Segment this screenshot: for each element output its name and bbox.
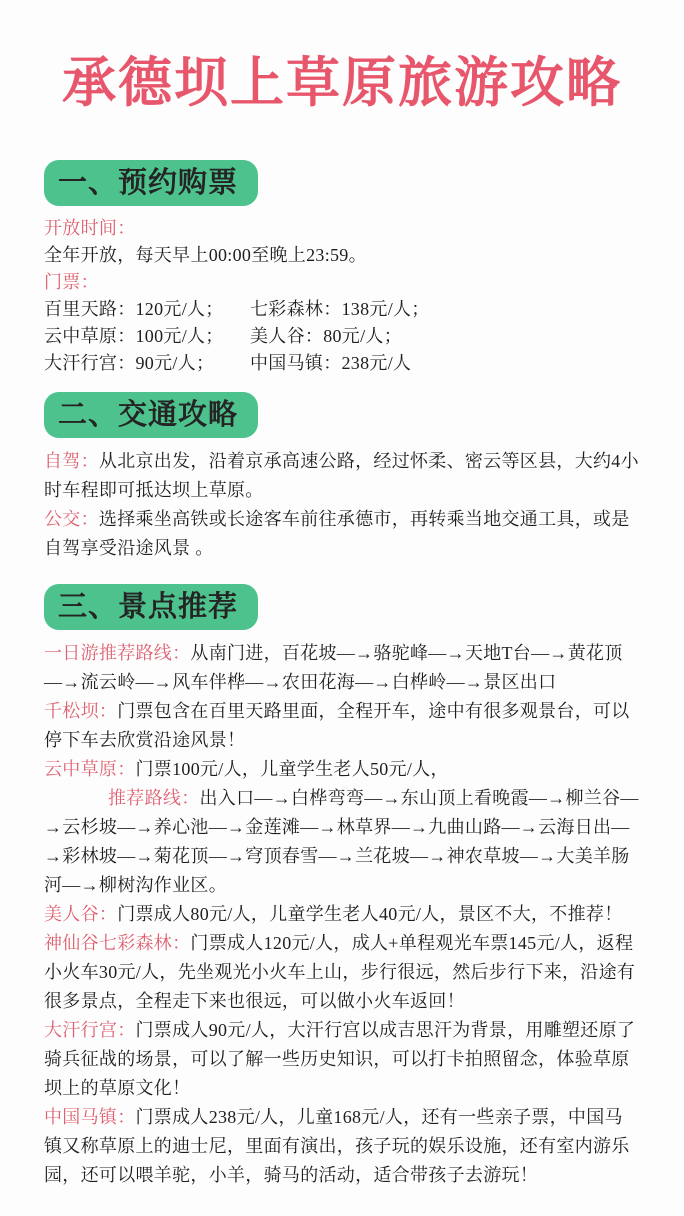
- price-row: 云中草原：100元/人； 美人谷：80元/人；: [44, 323, 640, 350]
- price-item: 七彩森林：138元/人；: [250, 296, 640, 323]
- section-heading-attractions: 三、景点推荐: [44, 584, 258, 630]
- price-item: 中国马镇：238元/人: [250, 350, 640, 377]
- section-booking-body: 开放时间： 全年开放，每天早上00:00至晚上23:59。 门票： 百里天路：1…: [44, 215, 640, 377]
- section-heading-transport: 二、交通攻略: [44, 392, 258, 438]
- paragraph-text: 选择乘坐高铁或长途客车前往承德市，再转乘当地交通工具，或是自驾享受沿途风景 。: [44, 509, 630, 558]
- price-item: 百里天路：120元/人；: [44, 296, 250, 323]
- section-transport-body: 自驾：从北京出发，沿着京承高速公路，经过怀柔、密云等区县，大约4小时车程即可抵达…: [44, 447, 640, 563]
- paragraph-label: 中国马镇：: [44, 1107, 136, 1127]
- price-item: 大汗行宫：90元/人；: [44, 350, 250, 377]
- price-item: 美人谷：80元/人；: [250, 323, 640, 350]
- paragraph-label: 推荐路线：: [108, 788, 200, 808]
- paragraph-china-horse-town: 中国马镇：门票成人238元/人，儿童168元/人，还有一些亲子票，中国马镇又称草…: [44, 1103, 640, 1190]
- paragraph-label: 美人谷：: [44, 904, 117, 924]
- paragraph-label: 公交：: [44, 509, 99, 529]
- section-booking: 一、预约购票 开放时间： 全年开放，每天早上00:00至晚上23:59。 门票：…: [44, 160, 640, 377]
- paragraph-text: 门票包含在百里天路里面，全程开车，途中有很多观景台，可以停下车去欣赏沿途风景！: [44, 701, 630, 750]
- open-time-text: 全年开放，每天早上00:00至晚上23:59。: [44, 242, 640, 269]
- section-heading-booking: 一、预约购票: [44, 160, 258, 206]
- section-attractions-body: 一日游推荐路线：从南门进，百花坡—→骆驼峰—→天地T台—→黄花顶—→流云岭—→风…: [44, 639, 640, 1190]
- paragraph-label: 神仙谷七彩森林：: [44, 933, 190, 953]
- paragraph-dahan-palace: 大汗行宫：门票成人90元/人，大汗行宫以成吉思汗为背景，用雕塑还原了骑兵征战的场…: [44, 1016, 640, 1103]
- paragraph-colorful-forest: 神仙谷七彩森林：门票成人120元/人，成人+单程观光车票145元/人，返程小火车…: [44, 929, 640, 1016]
- paragraph-meirengu: 美人谷：门票成人80元/人，儿童学生老人40元/人，景区不大，不推荐！: [44, 900, 640, 929]
- paragraph-text: 从北京出发，沿着京承高速公路，经过怀柔、密云等区县，大约4小时车程即可抵达坝上草…: [44, 451, 639, 500]
- paragraph-label: 千松坝：: [44, 701, 117, 721]
- paragraph-recommended-route: 推荐路线：出入口—→白桦弯弯—→东山顶上看晚霞—→柳兰谷—→云杉坡—→养心池—→…: [44, 784, 640, 900]
- paragraph-day-trip-route: 一日游推荐路线：从南门进，百花坡—→骆驼峰—→天地T台—→黄花顶—→流云岭—→风…: [44, 639, 640, 697]
- paragraph-qiansongba: 千松坝：门票包含在百里天路里面，全程开车，途中有很多观景台，可以停下车去欣赏沿途…: [44, 697, 640, 755]
- page-title: 承德坝上草原旅游攻略: [44, 46, 640, 120]
- section-transport: 二、交通攻略 自驾：从北京出发，沿着京承高速公路，经过怀柔、密云等区县，大约4小…: [44, 392, 640, 563]
- paragraph-label: 自驾：: [44, 451, 99, 471]
- travel-guide-page: 承德坝上草原旅游攻略 一、预约购票 开放时间： 全年开放，每天早上00:00至晚…: [0, 0, 684, 1216]
- price-row: 百里天路：120元/人； 七彩森林：138元/人；: [44, 296, 640, 323]
- paragraph-yunzhong-grassland: 云中草原：门票100元/人，儿童学生老人50元/人，: [44, 755, 640, 784]
- open-time-label: 开放时间：: [44, 215, 640, 242]
- paragraph-label: 云中草原：: [44, 759, 136, 779]
- section-attractions: 三、景点推荐 一日游推荐路线：从南门进，百花坡—→骆驼峰—→天地T台—→黄花顶—…: [44, 584, 640, 1190]
- paragraph-public-transit: 公交：选择乘坐高铁或长途客车前往承德市，再转乘当地交通工具，或是自驾享受沿途风景…: [44, 505, 640, 563]
- paragraph-label: 大汗行宫：: [44, 1020, 136, 1040]
- ticket-price-list: 百里天路：120元/人； 七彩森林：138元/人； 云中草原：100元/人； 美…: [44, 296, 640, 377]
- paragraph-text: 门票成人80元/人，儿童学生老人40元/人，景区不大，不推荐！: [117, 904, 622, 924]
- price-row: 大汗行宫：90元/人； 中国马镇：238元/人: [44, 350, 640, 377]
- paragraph-self-drive: 自驾：从北京出发，沿着京承高速公路，经过怀柔、密云等区县，大约4小时车程即可抵达…: [44, 447, 640, 505]
- ticket-label: 门票：: [44, 269, 640, 296]
- paragraph-label: 一日游推荐路线：: [44, 643, 190, 663]
- price-item: 云中草原：100元/人；: [44, 323, 250, 350]
- paragraph-text: 门票100元/人，儿童学生老人50元/人，: [136, 759, 449, 779]
